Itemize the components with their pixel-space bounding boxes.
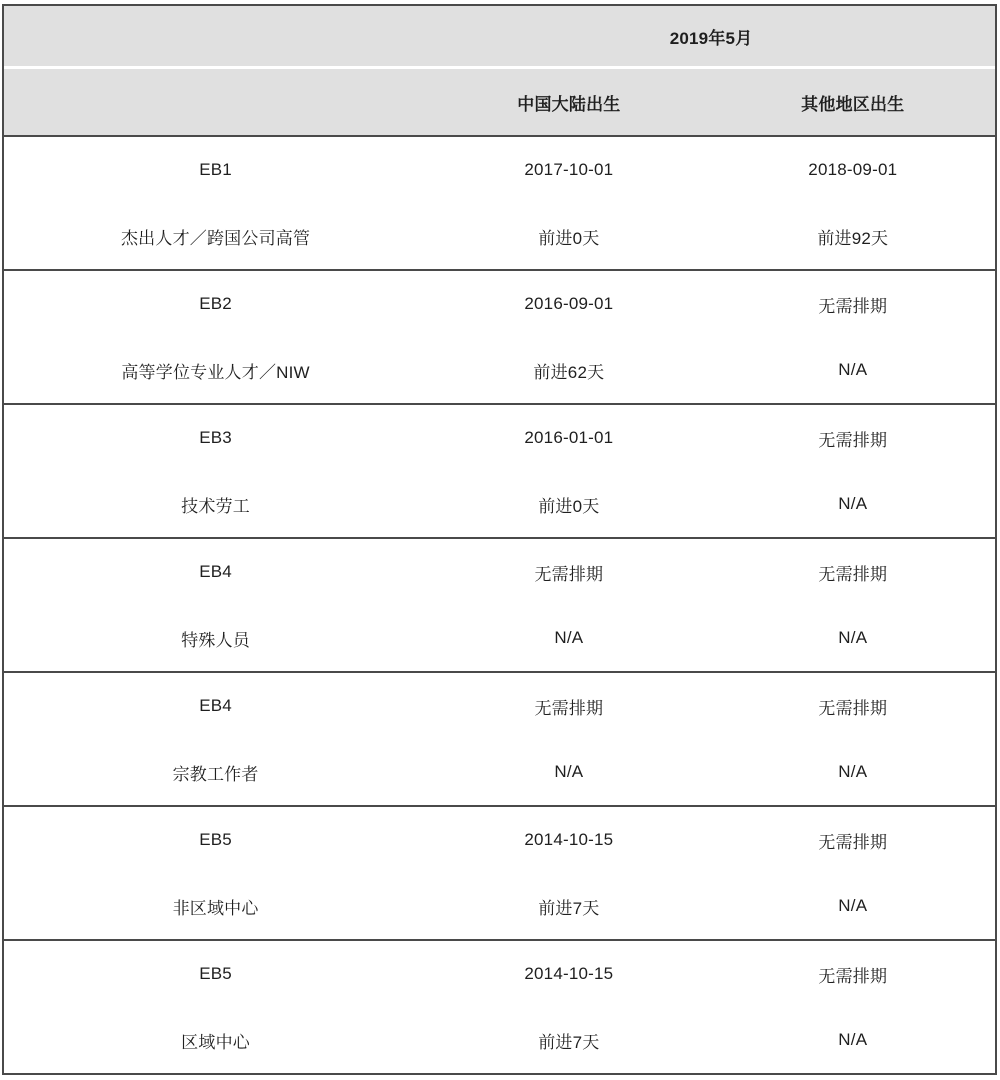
category-row: EB1 2017-10-01 2018-09-01 bbox=[4, 137, 995, 203]
column-header-row: 中国大陆出生 其他地区出生 bbox=[4, 69, 995, 137]
description-row: 杰出人才／跨国公司高管 前进0天 前进92天 bbox=[4, 203, 995, 269]
description-row: 非区域中心 前进7天 N/A bbox=[4, 873, 995, 939]
mainland-value: 2014-10-15 bbox=[427, 807, 710, 873]
column-header-other: 其他地区出生 bbox=[711, 69, 995, 135]
column-header-empty-cell bbox=[4, 69, 427, 135]
category-code: EB2 bbox=[4, 271, 427, 337]
category-row: EB5 2014-10-15 无需排期 bbox=[4, 941, 995, 1007]
category-row: EB2 2016-09-01 无需排期 bbox=[4, 271, 995, 337]
description-row: 技术劳工 前进0天 N/A bbox=[4, 471, 995, 537]
other-value: 无需排期 bbox=[711, 673, 995, 739]
other-change: 前进92天 bbox=[711, 203, 995, 269]
category-description: 高等学位专业人才／NIW bbox=[4, 337, 427, 403]
other-value: 无需排期 bbox=[711, 539, 995, 605]
other-change: N/A bbox=[711, 873, 995, 939]
column-header-mainland: 中国大陆出生 bbox=[427, 69, 710, 135]
description-row: 区域中心 前进7天 N/A bbox=[4, 1007, 995, 1073]
mainland-change: 前进0天 bbox=[427, 203, 710, 269]
mainland-value: 2016-09-01 bbox=[427, 271, 710, 337]
category-row: EB4 无需排期 无需排期 bbox=[4, 539, 995, 605]
mainland-change: 前进7天 bbox=[427, 873, 710, 939]
visa-bulletin-table: 2019年5月 中国大陆出生 其他地区出生 EB1 2017-10-01 201… bbox=[2, 4, 997, 1075]
category-row: EB3 2016-01-01 无需排期 bbox=[4, 405, 995, 471]
category-description: 特殊人员 bbox=[4, 605, 427, 671]
other-change: N/A bbox=[711, 337, 995, 403]
month-header-row: 2019年5月 bbox=[4, 6, 995, 69]
category-group-eb3: EB3 2016-01-01 无需排期 技术劳工 前进0天 N/A bbox=[4, 403, 995, 537]
category-group-eb2: EB2 2016-09-01 无需排期 高等学位专业人才／NIW 前进62天 N… bbox=[4, 269, 995, 403]
category-group-eb4-special: EB4 无需排期 无需排期 特殊人员 N/A N/A bbox=[4, 537, 995, 671]
mainland-change: 前进62天 bbox=[427, 337, 710, 403]
category-description: 非区域中心 bbox=[4, 873, 427, 939]
other-change: N/A bbox=[711, 471, 995, 537]
other-change: N/A bbox=[711, 739, 995, 805]
mainland-change: N/A bbox=[427, 605, 710, 671]
category-code: EB4 bbox=[4, 539, 427, 605]
mainland-change: N/A bbox=[427, 739, 710, 805]
description-row: 宗教工作者 N/A N/A bbox=[4, 739, 995, 805]
other-value: 无需排期 bbox=[711, 405, 995, 471]
category-group-eb4-religious: EB4 无需排期 无需排期 宗教工作者 N/A N/A bbox=[4, 671, 995, 805]
month-header-empty-cell bbox=[4, 6, 427, 66]
other-value: 无需排期 bbox=[711, 807, 995, 873]
mainland-value: 无需排期 bbox=[427, 673, 710, 739]
description-row: 高等学位专业人才／NIW 前进62天 N/A bbox=[4, 337, 995, 403]
mainland-value: 2014-10-15 bbox=[427, 941, 710, 1007]
description-row: 特殊人员 N/A N/A bbox=[4, 605, 995, 671]
category-description: 杰出人才／跨国公司高管 bbox=[4, 203, 427, 269]
category-description: 区域中心 bbox=[4, 1007, 427, 1073]
mainland-change: 前进0天 bbox=[427, 471, 710, 537]
category-code: EB4 bbox=[4, 673, 427, 739]
category-description: 宗教工作者 bbox=[4, 739, 427, 805]
mainland-value: 2016-01-01 bbox=[427, 405, 710, 471]
category-description: 技术劳工 bbox=[4, 471, 427, 537]
mainland-value: 2017-10-01 bbox=[427, 137, 710, 203]
category-row: EB4 无需排期 无需排期 bbox=[4, 673, 995, 739]
category-group-eb1: EB1 2017-10-01 2018-09-01 杰出人才／跨国公司高管 前进… bbox=[4, 137, 995, 269]
category-code: EB3 bbox=[4, 405, 427, 471]
category-group-eb5-regional: EB5 2014-10-15 无需排期 区域中心 前进7天 N/A bbox=[4, 939, 995, 1073]
category-code: EB5 bbox=[4, 807, 427, 873]
category-row: EB5 2014-10-15 无需排期 bbox=[4, 807, 995, 873]
category-code: EB5 bbox=[4, 941, 427, 1007]
other-change: N/A bbox=[711, 605, 995, 671]
other-value: 2018-09-01 bbox=[711, 137, 995, 203]
month-title: 2019年5月 bbox=[427, 6, 995, 66]
other-change: N/A bbox=[711, 1007, 995, 1073]
mainland-value: 无需排期 bbox=[427, 539, 710, 605]
category-code: EB1 bbox=[4, 137, 427, 203]
other-value: 无需排期 bbox=[711, 271, 995, 337]
category-group-eb5-direct: EB5 2014-10-15 无需排期 非区域中心 前进7天 N/A bbox=[4, 805, 995, 939]
mainland-change: 前进7天 bbox=[427, 1007, 710, 1073]
other-value: 无需排期 bbox=[711, 941, 995, 1007]
